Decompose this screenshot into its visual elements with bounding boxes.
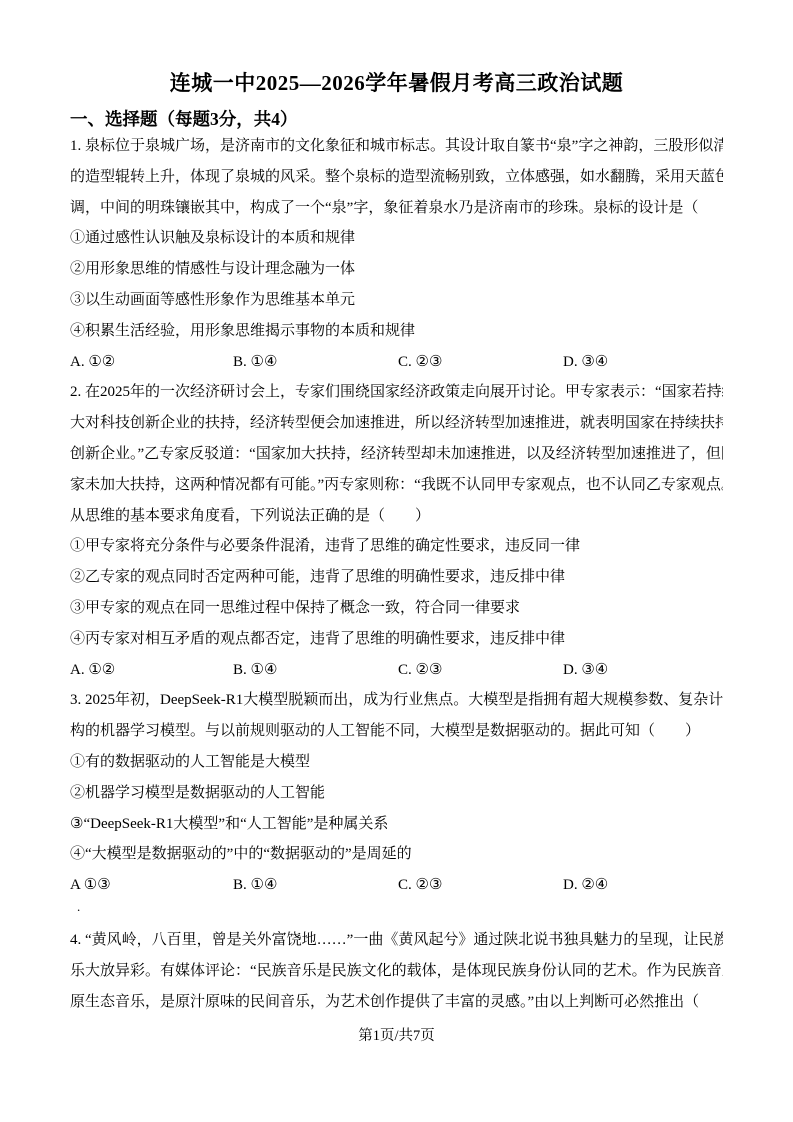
- question-1-choice-item: ①通过感性认识触及泉标设计的本质和规律: [70, 223, 723, 254]
- question-3-choice-item: ③“DeepSeek-R1大模型”和“人工智能”是种属关系: [70, 809, 723, 840]
- question-1-stem-line: 调，中间的明珠镶嵌其中，构成了一个“泉”字，象征着泉水乃是济南市的珍珠。泉标的设…: [70, 193, 723, 224]
- question-1-stem-line: 1. 泉标位于泉城广场，是济南市的文化象征和城市标志。其设计取自篆书“泉”字之神…: [70, 131, 723, 162]
- question-3: 3. 2025年初，DeepSeek-R1大模型脱颖而出，成为行业焦点。大模型是…: [70, 685, 723, 921]
- question-2-options-row: A. ①② B. ①④ C. ②③ D. ③④: [70, 655, 723, 686]
- question-3-stem-line: 构的机器学习模型。与以前规则驱动的人工智能不同，大模型是数据驱动的。据此可知（ …: [70, 716, 723, 747]
- question-2-stem-line: 家未加大扶持，这两种情况都有可能。”丙专家则称：“我既不认同甲专家观点，也不认同…: [70, 470, 723, 501]
- question-1-choice-item: ③以生动画面等感性形象作为思维基本单元: [70, 285, 723, 316]
- question-3-options-row: A ①③ B. ①④ C. ②③ D. ②④: [70, 870, 723, 901]
- question-2-option-c: C. ②③: [398, 655, 563, 686]
- question-2-option-a: A. ①②: [70, 655, 233, 686]
- question-1-options-row: A. ①② B. ①④ C. ②③ D. ③④: [70, 347, 723, 378]
- question-2-stem-line: 创新企业。”乙专家反驳道：“国家加大扶持，经济转型却未加速推进，以及经济转型加速…: [70, 439, 723, 470]
- question-2-choice-item: ②乙专家的观点同时否定两种可能，违背了思维的明确性要求，违反排中律: [70, 562, 723, 593]
- question-3-option-b: B. ①④: [233, 870, 398, 901]
- question-2-stem-line: 2. 在2025年的一次经济研讨会上，专家们围绕国家经济政策走向展开讨论。甲专家…: [70, 377, 723, 408]
- question-3-choice-item: ②机器学习模型是数据驱动的人工智能: [70, 778, 723, 809]
- question-2-option-b: B. ①④: [233, 655, 398, 686]
- question-3-option-d: D. ②④: [563, 870, 723, 901]
- question-2: 2. 在2025年的一次经济研讨会上，专家们围绕国家经济政策走向展开讨论。甲专家…: [70, 377, 723, 685]
- question-2-stem-line: 大对科技创新企业的扶持，经济转型便会加速推进，所以经济转型加速推进，就表明国家在…: [70, 408, 723, 439]
- question-3-choice-item: ①有的数据驱动的人工智能是大模型: [70, 747, 723, 778]
- question-1-stem-line: 的造型辊转上升，体现了泉城的风采。整个泉标的造型流畅别致，立体感强，如水翻腾，采…: [70, 162, 723, 193]
- page-footer: 第1页/共7页: [70, 1025, 723, 1047]
- question-1: 1. 泉标位于泉城广场，是济南市的文化象征和城市标志。其设计取自篆书“泉”字之神…: [70, 131, 723, 377]
- question-1-option-c: C. ②③: [398, 347, 563, 378]
- question-1-option-b: B. ①④: [233, 347, 398, 378]
- question-2-stem-line: 从思维的基本要求角度看，下列说法正确的是（ ）: [70, 501, 723, 532]
- question-1-option-a: A. ①②: [70, 347, 233, 378]
- question-2-choice-item: ④丙专家对相互矛盾的观点都否定，违背了思维的明确性要求，违反排中律: [70, 624, 723, 655]
- question-2-choice-item: ①甲专家将充分条件与必要条件混淆，违背了思维的确定性要求，违反同一律: [70, 531, 723, 562]
- question-2-choice-item: ③甲专家的观点在同一思维过程中保持了概念一致，符合同一律要求: [70, 593, 723, 624]
- question-1-option-d: D. ③④: [563, 347, 723, 378]
- question-3-option-a: A ①③: [70, 870, 233, 901]
- question-3-choice-item: ④“大模型是数据驱动的”中的“数据驱动的”是周延的: [70, 839, 723, 870]
- page-title: 连城一中2025—2026学年暑假月考高三政治试题: [70, 0, 723, 96]
- section-heading: 一、选择题（每题3分，共4）: [70, 96, 723, 131]
- question-4-stem-line: 乐大放异彩。有媒体评论：“民族音乐是民族文化的载体，是体现民族身份认同的艺术。作…: [70, 956, 723, 987]
- exam-document-page: 连城一中2025—2026学年暑假月考高三政治试题 一、选择题（每题3分，共4）…: [0, 0, 793, 1122]
- stray-period-mark: .: [70, 901, 723, 921]
- question-4-stem-line: 4. “黄风岭，八百里，曾是关外富饶地……”一曲《黄风起兮》通过陕北说书独具魅力…: [70, 925, 723, 956]
- question-4-stem-line: 原生态音乐，是原汁原味的民间音乐，为艺术创作提供了丰富的灵感。”由以上判断可必然…: [70, 987, 723, 1018]
- question-4: 4. “黄风岭，八百里，曾是关外富饶地……”一曲《黄风起兮》通过陕北说书独具魅力…: [70, 925, 723, 1017]
- question-2-option-d: D. ③④: [563, 655, 723, 686]
- question-3-option-c: C. ②③: [398, 870, 563, 901]
- question-1-choice-item: ②用形象思维的情感性与设计理念融为一体: [70, 254, 723, 285]
- question-3-stem-line: 3. 2025年初，DeepSeek-R1大模型脱颖而出，成为行业焦点。大模型是…: [70, 685, 723, 716]
- question-1-choice-item: ④积累生活经验，用形象思维揭示事物的本质和规律: [70, 316, 723, 347]
